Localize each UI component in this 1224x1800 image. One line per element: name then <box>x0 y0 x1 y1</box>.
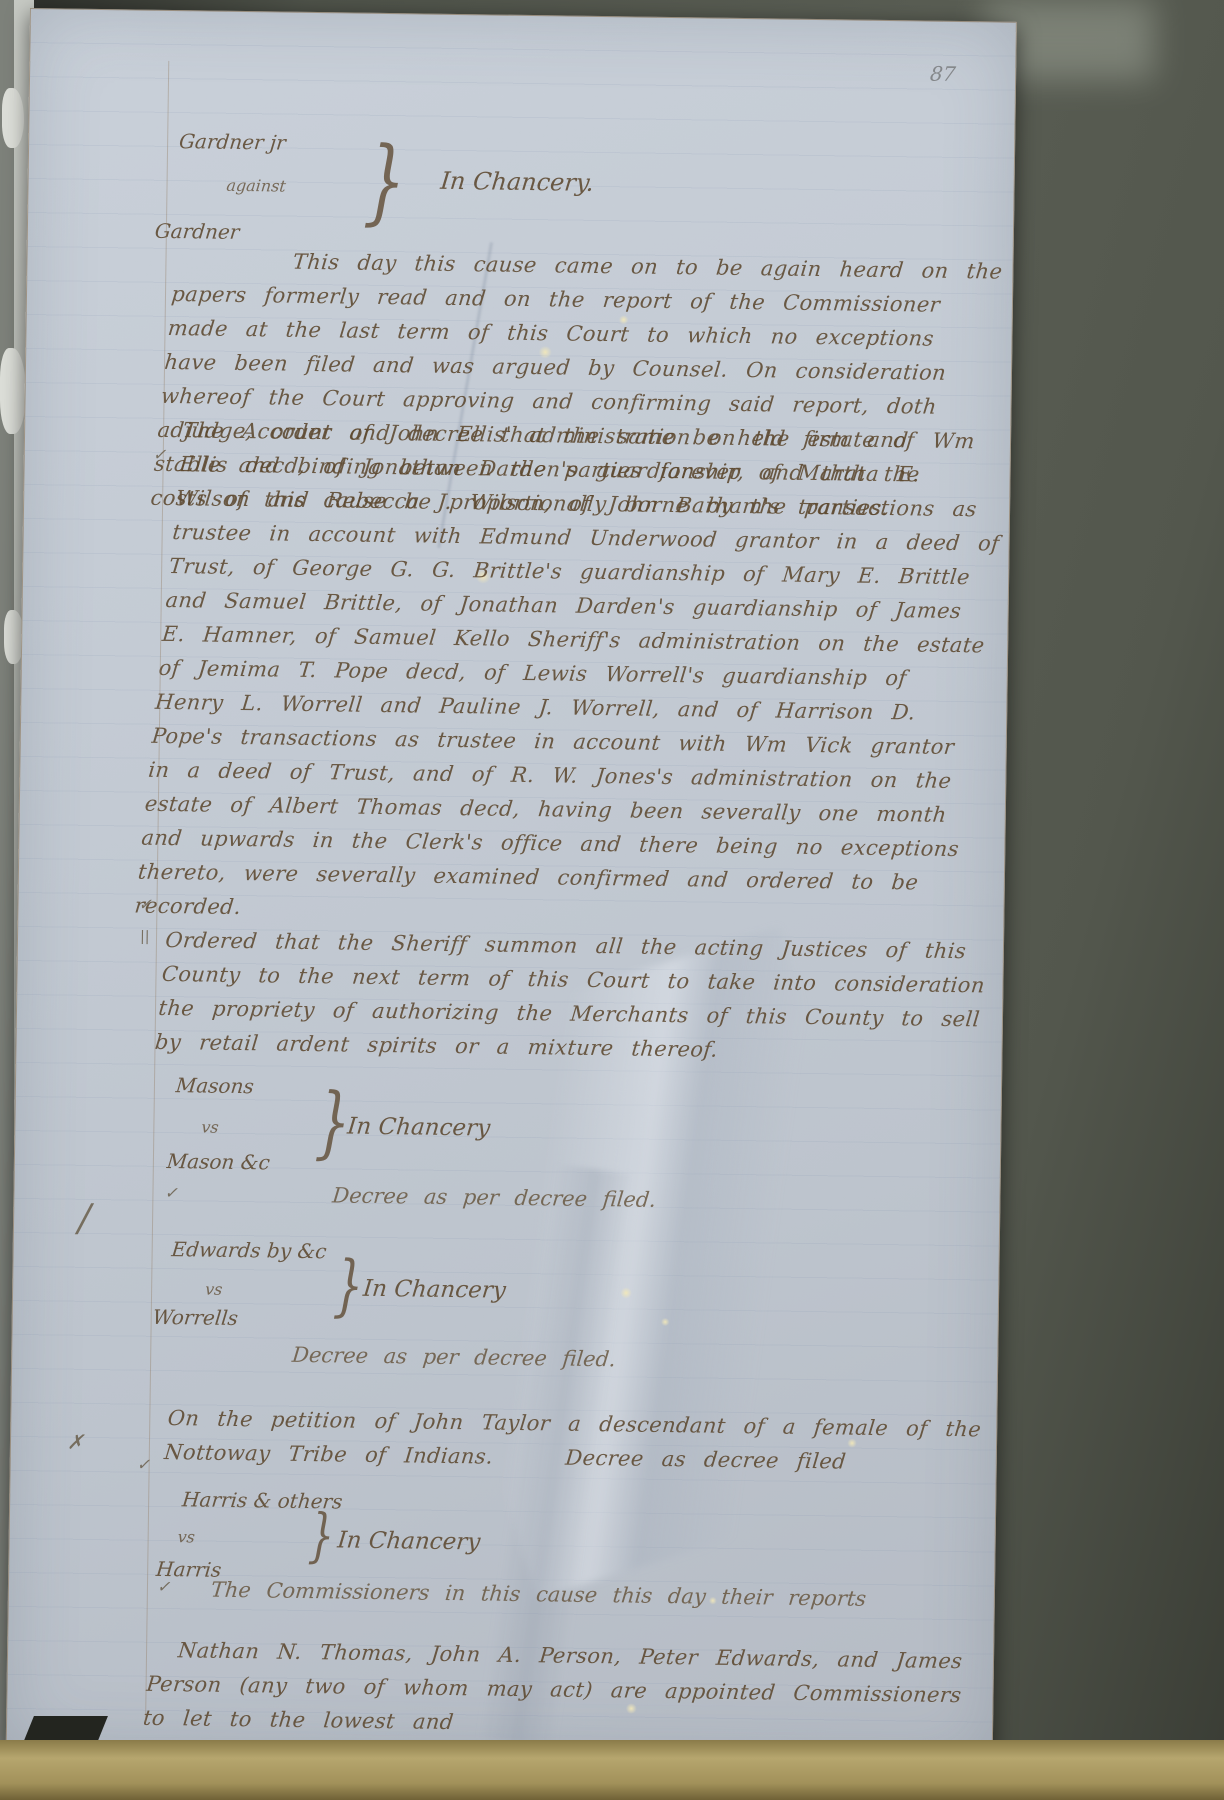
checkmark-icon: ✓ <box>153 445 167 464</box>
stain <box>661 1318 670 1326</box>
brace-icon: } <box>314 1083 352 1162</box>
stain <box>620 1287 632 1298</box>
court-label: In Chancery <box>346 1114 491 1142</box>
paragraph-petition: On the petition of John Taylor a descend… <box>163 1401 994 1480</box>
paragraph-sheriff-order: Ordered that the Sheriff summon all the … <box>153 923 991 1070</box>
court-label: In Chancery <box>336 1527 481 1555</box>
document-page: 87 Gardner jr against Gardner } In Chanc… <box>6 8 1017 1766</box>
ditto-mark-icon: || <box>140 929 150 945</box>
court-label: In Chancery. <box>439 167 595 197</box>
checkmark-icon: ✓ <box>164 1183 178 1202</box>
brace-icon: } <box>332 1251 365 1318</box>
case-party-plaintiff: Gardner jr <box>178 129 287 154</box>
case-party-plaintiff: Edwards by &c <box>170 1237 327 1263</box>
checkmark-icon: ✓ <box>157 1577 171 1596</box>
photo-of-court-record: { "page_number": "87", "header_case": { … <box>0 0 1224 1800</box>
case-versus-label: vs <box>204 1280 223 1299</box>
checkmark-icon: ✓ <box>137 1455 151 1474</box>
case-party-plaintiff: Masons <box>175 1073 255 1098</box>
brace-icon: } <box>363 136 408 229</box>
decree-line: Decree as per decree filed. <box>331 1183 657 1211</box>
commissioners-report-line: The Commissioners in this cause this day… <box>210 1578 868 1611</box>
checkmark-icon: ✓ <box>138 895 152 914</box>
paragraph-accounts: The Account of John Ellis' administratio… <box>133 413 1017 934</box>
case-versus-label: vs <box>177 1527 196 1546</box>
table-edge <box>0 1740 1224 1800</box>
case-party-defendant: Worrells <box>152 1305 240 1330</box>
paper-tear <box>2 88 24 148</box>
brace-icon: } <box>307 1507 335 1565</box>
paragraph-commissioners: Nathan N. Thomas, John A. Person, Peter … <box>141 1633 987 1747</box>
case-party-defendant: Gardner <box>154 219 241 244</box>
slash-mark-icon: / <box>78 1196 91 1240</box>
paper-tear <box>0 348 26 434</box>
page-number: 87 <box>929 62 957 86</box>
case-versus-label: against <box>226 176 287 196</box>
case-party-defendant: Mason &c <box>166 1149 271 1174</box>
case-versus-label: vs <box>200 1118 219 1137</box>
cross-mark-icon: ✗ <box>67 1430 84 1454</box>
decree-line: Decree as per decree filed. <box>291 1343 617 1371</box>
court-label: In Chancery <box>362 1276 507 1304</box>
